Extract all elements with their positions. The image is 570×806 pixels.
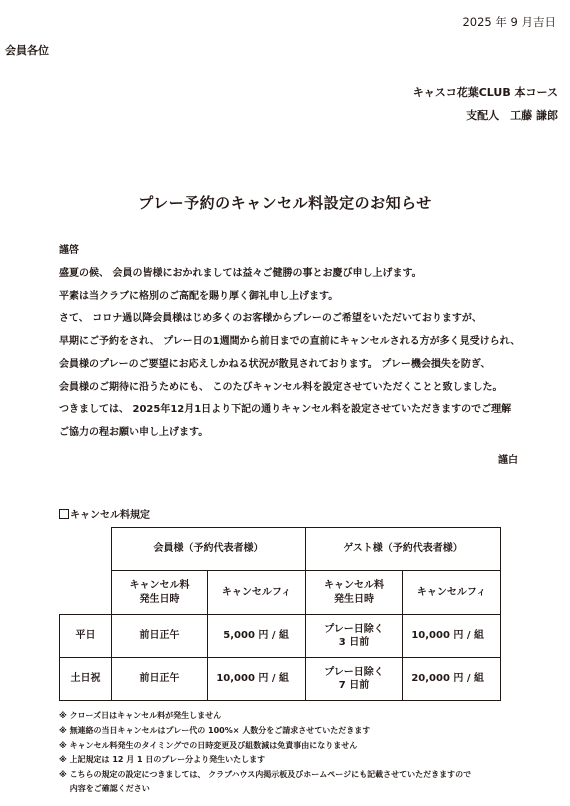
body-line: ご協力の程お願い申し上げます。 [59, 423, 208, 438]
table-row: 土日祝 前日正午 10,000 円 / 組 プレー日除く7 日前 20,000 … [60, 658, 501, 701]
group-header-member: 会員様（予約代表者様） [112, 528, 306, 571]
section-label: キャンセル料規定 [59, 506, 150, 521]
day-type: 土日祝 [60, 658, 112, 701]
member-timing: 前日正午 [112, 615, 208, 658]
salutation-opening: 謹啓 [59, 241, 79, 256]
body-line: 会員様のプレーのご要望にお応えしかねる状況が散見されております。 プレー機会損失… [59, 355, 490, 370]
note-item: ※ キャンセル料発生のタイミングでの日時変更及び組数減は免責事由になりません [59, 740, 357, 751]
body-line: つきましては、 2025年12月1日より下記の通りキャンセル料を設定させていただ… [59, 400, 511, 415]
guest-fee: 10,000 円 / 組 [403, 615, 501, 658]
note-item: ※ クローズ日はキャンセル料が発生しません [59, 710, 221, 721]
member-fee: 5,000 円 / 組 [208, 615, 306, 658]
member-timing: 前日正午 [112, 658, 208, 701]
addressee: 会員各位 [5, 42, 49, 58]
table-sub-header-row: キャンセル料発生日時 キャンセルフィ キャンセル料発生日時 キャンセルフィ [60, 571, 501, 615]
note-item: ※ 上記規定は 12 月 1 日のプレー分より発生いたします [59, 754, 265, 765]
guest-timing-header: キャンセル料発生日時 [306, 571, 403, 615]
member-fee-header: キャンセルフィ [208, 571, 306, 615]
note-item: ※ 無連絡の当日キャンセルはプレー代の 100%× 人数分をご請求させていただき… [59, 725, 370, 736]
section-label-text: キャンセル料規定 [70, 510, 150, 521]
sender-organization: キャスコ花葉CLUB 本コース [413, 84, 558, 100]
body-line: さて、 コロナ過以降会員様はじめ多くのお客様からプレーのご希望をいただいておりま… [59, 309, 482, 324]
checkbox-square-icon [59, 509, 69, 519]
group-header-guest: ゲスト様（予約代表者様） [306, 528, 501, 571]
table-row: 平日 前日正午 5,000 円 / 組 プレー日除く3 日前 10,000 円 … [60, 615, 501, 658]
guest-fee-header: キャンセルフィ [403, 571, 501, 615]
sender-person: 支配人 工藤 謙郎 [466, 107, 558, 123]
body-line: 早期にご予約をされ、 プレー日の1週間から前日までの直前にキャンセルされる方が多… [59, 332, 520, 347]
day-type: 平日 [60, 615, 112, 658]
note-item: ※ こちらの規定の設定につきましては、 クラブハウス内掲示板及びホームページにも… [59, 769, 471, 780]
guest-timing: プレー日除く3 日前 [306, 615, 403, 658]
body-line: 平素は当クラブに格別のご高配を賜り厚く御礼申し上げます。 [59, 287, 338, 302]
table-group-header-row: 会員様（予約代表者様） ゲスト様（予約代表者様） [60, 528, 501, 571]
document-title: プレー予約のキャンセル料設定のお知らせ [0, 192, 570, 213]
guest-fee: 20,000 円 / 組 [403, 658, 501, 701]
table-corner-blank [60, 528, 112, 615]
guest-timing: プレー日除く7 日前 [306, 658, 403, 701]
note-item: 内容をご確認ください [59, 783, 150, 794]
member-fee: 10,000 円 / 組 [208, 658, 306, 701]
member-timing-header: キャンセル料発生日時 [112, 571, 208, 615]
body-line: 会員様のご期待に沿うためにも、 このたびキャンセル料を設定させていただくことと致… [59, 378, 502, 393]
salutation-closing: 謹白 [498, 451, 518, 466]
issue-date: 2025 年 9 月吉日 [462, 14, 556, 30]
cancellation-fee-table: 会員様（予約代表者様） ゲスト様（予約代表者様） キャンセル料発生日時 キャンセ… [59, 527, 501, 701]
body-line: 盛夏の候、 会員の皆様におかれましては益々ご健勝の事とお慶び申し上げます。 [59, 264, 422, 279]
